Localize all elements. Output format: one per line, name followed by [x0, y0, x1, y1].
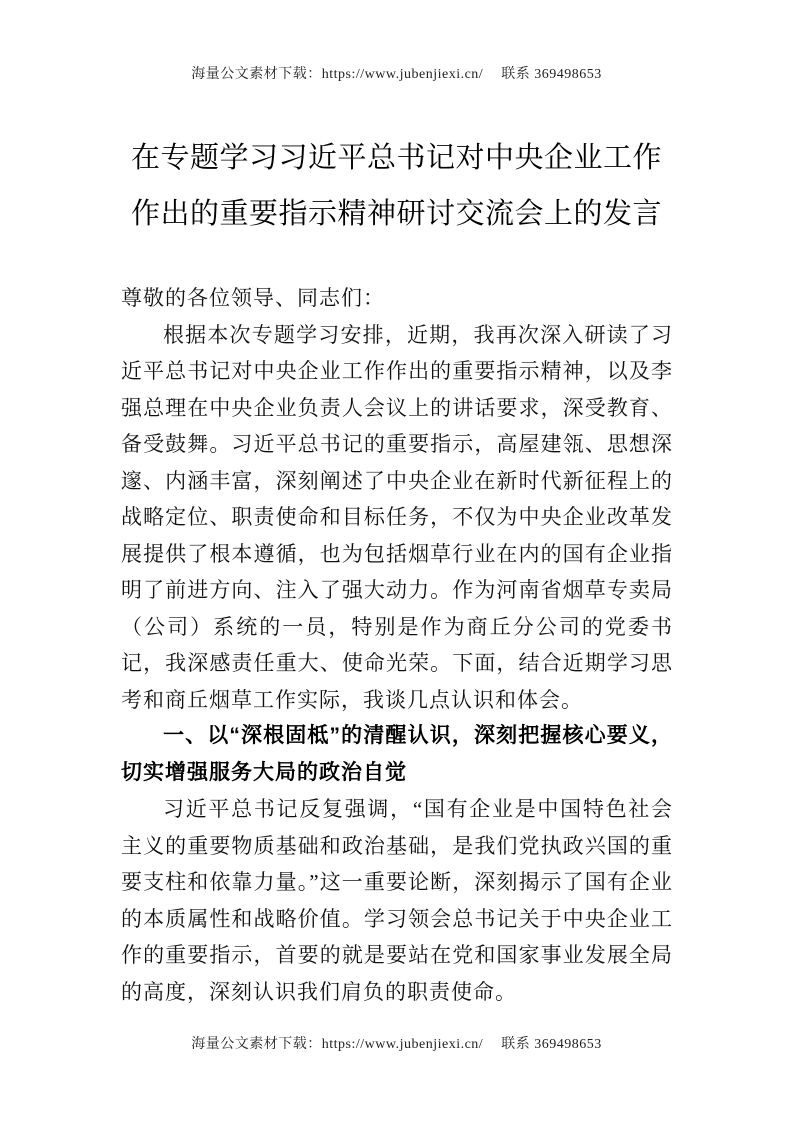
header-contact: 联系 369498653 — [501, 67, 602, 82]
body-paragraph-2: 习近平总书记反复强调，“国有企业是中国特色社会主义的重要物质基础和政治基础，是我… — [121, 791, 673, 1010]
page-header: 海量公文素材下载：https://www.jubenjiexi.cn/联系 36… — [0, 0, 793, 86]
salutation-line: 尊敬的各位领导、同志们： — [121, 280, 673, 317]
document-title: 在专题学习习近平总书记对中央企业工作作出的重要指示精神研讨交流会上的发言 — [118, 130, 675, 242]
footer-url: https://www.jubenjiexi.cn/ — [322, 1037, 483, 1052]
document-page: 海量公文素材下载：https://www.jubenjiexi.cn/联系 36… — [0, 0, 793, 1122]
body-paragraph-1: 根据本次专题学习安排，近期，我再次深入研读了习近平总书记对中央企业工作作出的重要… — [121, 317, 673, 719]
footer-contact: 联系 369498653 — [501, 1037, 602, 1052]
document-body: 尊敬的各位领导、同志们： 根据本次专题学习安排，近期，我再次深入研读了习近平总书… — [121, 280, 673, 1010]
header-url: https://www.jubenjiexi.cn/ — [322, 67, 483, 82]
section-heading-1: 一、以“深根固柢”的清醒认识，深刻把握核心要义，切实增强服务大局的政治自觉 — [121, 718, 673, 791]
footer-download-label: 海量公文素材下载： — [191, 1037, 322, 1052]
header-download-label: 海量公文素材下载： — [191, 67, 322, 82]
page-footer: 海量公文素材下载：https://www.jubenjiexi.cn/联系 36… — [0, 1034, 793, 1056]
